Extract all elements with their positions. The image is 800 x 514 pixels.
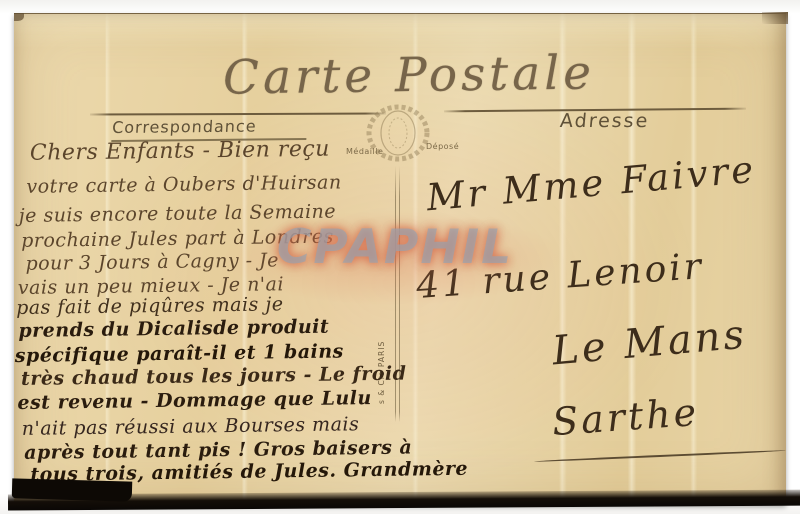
medal-label-depose: Déposé — [426, 142, 459, 151]
pen-flourish-stroke — [534, 450, 786, 463]
address-city: Le Mans — [550, 312, 748, 375]
message-line: spécifique paraît-il et 1 bains — [15, 340, 344, 367]
address-recipient: Mr Mme Faivre — [425, 148, 758, 220]
postcard-title: Carte Postale — [204, 45, 615, 106]
message-line: est revenu - Dommage que Lulu — [17, 387, 372, 414]
printer-mark: s & Cie PARIS — [377, 292, 386, 404]
header-rule-left — [90, 112, 386, 115]
message-line: prends du Dicalisde produit — [18, 316, 329, 342]
card-corner-shadow-top-left — [14, 13, 24, 21]
address-department: Sarthe — [551, 390, 701, 444]
message-line: Chers Enfants - Bien reçu — [30, 137, 330, 166]
laurel-wreath-medal-icon — [356, 104, 440, 168]
message-line: très chaud tous les jours - Le froid — [21, 363, 407, 390]
postcard-photo: Carte Postale Médaille Déposé Correspond… — [0, 0, 800, 514]
card-corner-shadow-top-right — [762, 12, 788, 24]
message-line: n'ait pas réussi aux Bourses mais — [22, 413, 360, 440]
postcard-back: Carte Postale Médaille Déposé Correspond… — [14, 13, 786, 504]
card-corner-shadow-bottom-left — [12, 478, 133, 501]
address-label: Adresse — [559, 110, 650, 132]
message-line: votre carte à Oubers d'Huirsan — [26, 171, 342, 197]
cpaphil-watermark: CPAPHIL — [240, 220, 550, 275]
medal-label-medaille: Médaille — [346, 147, 383, 156]
